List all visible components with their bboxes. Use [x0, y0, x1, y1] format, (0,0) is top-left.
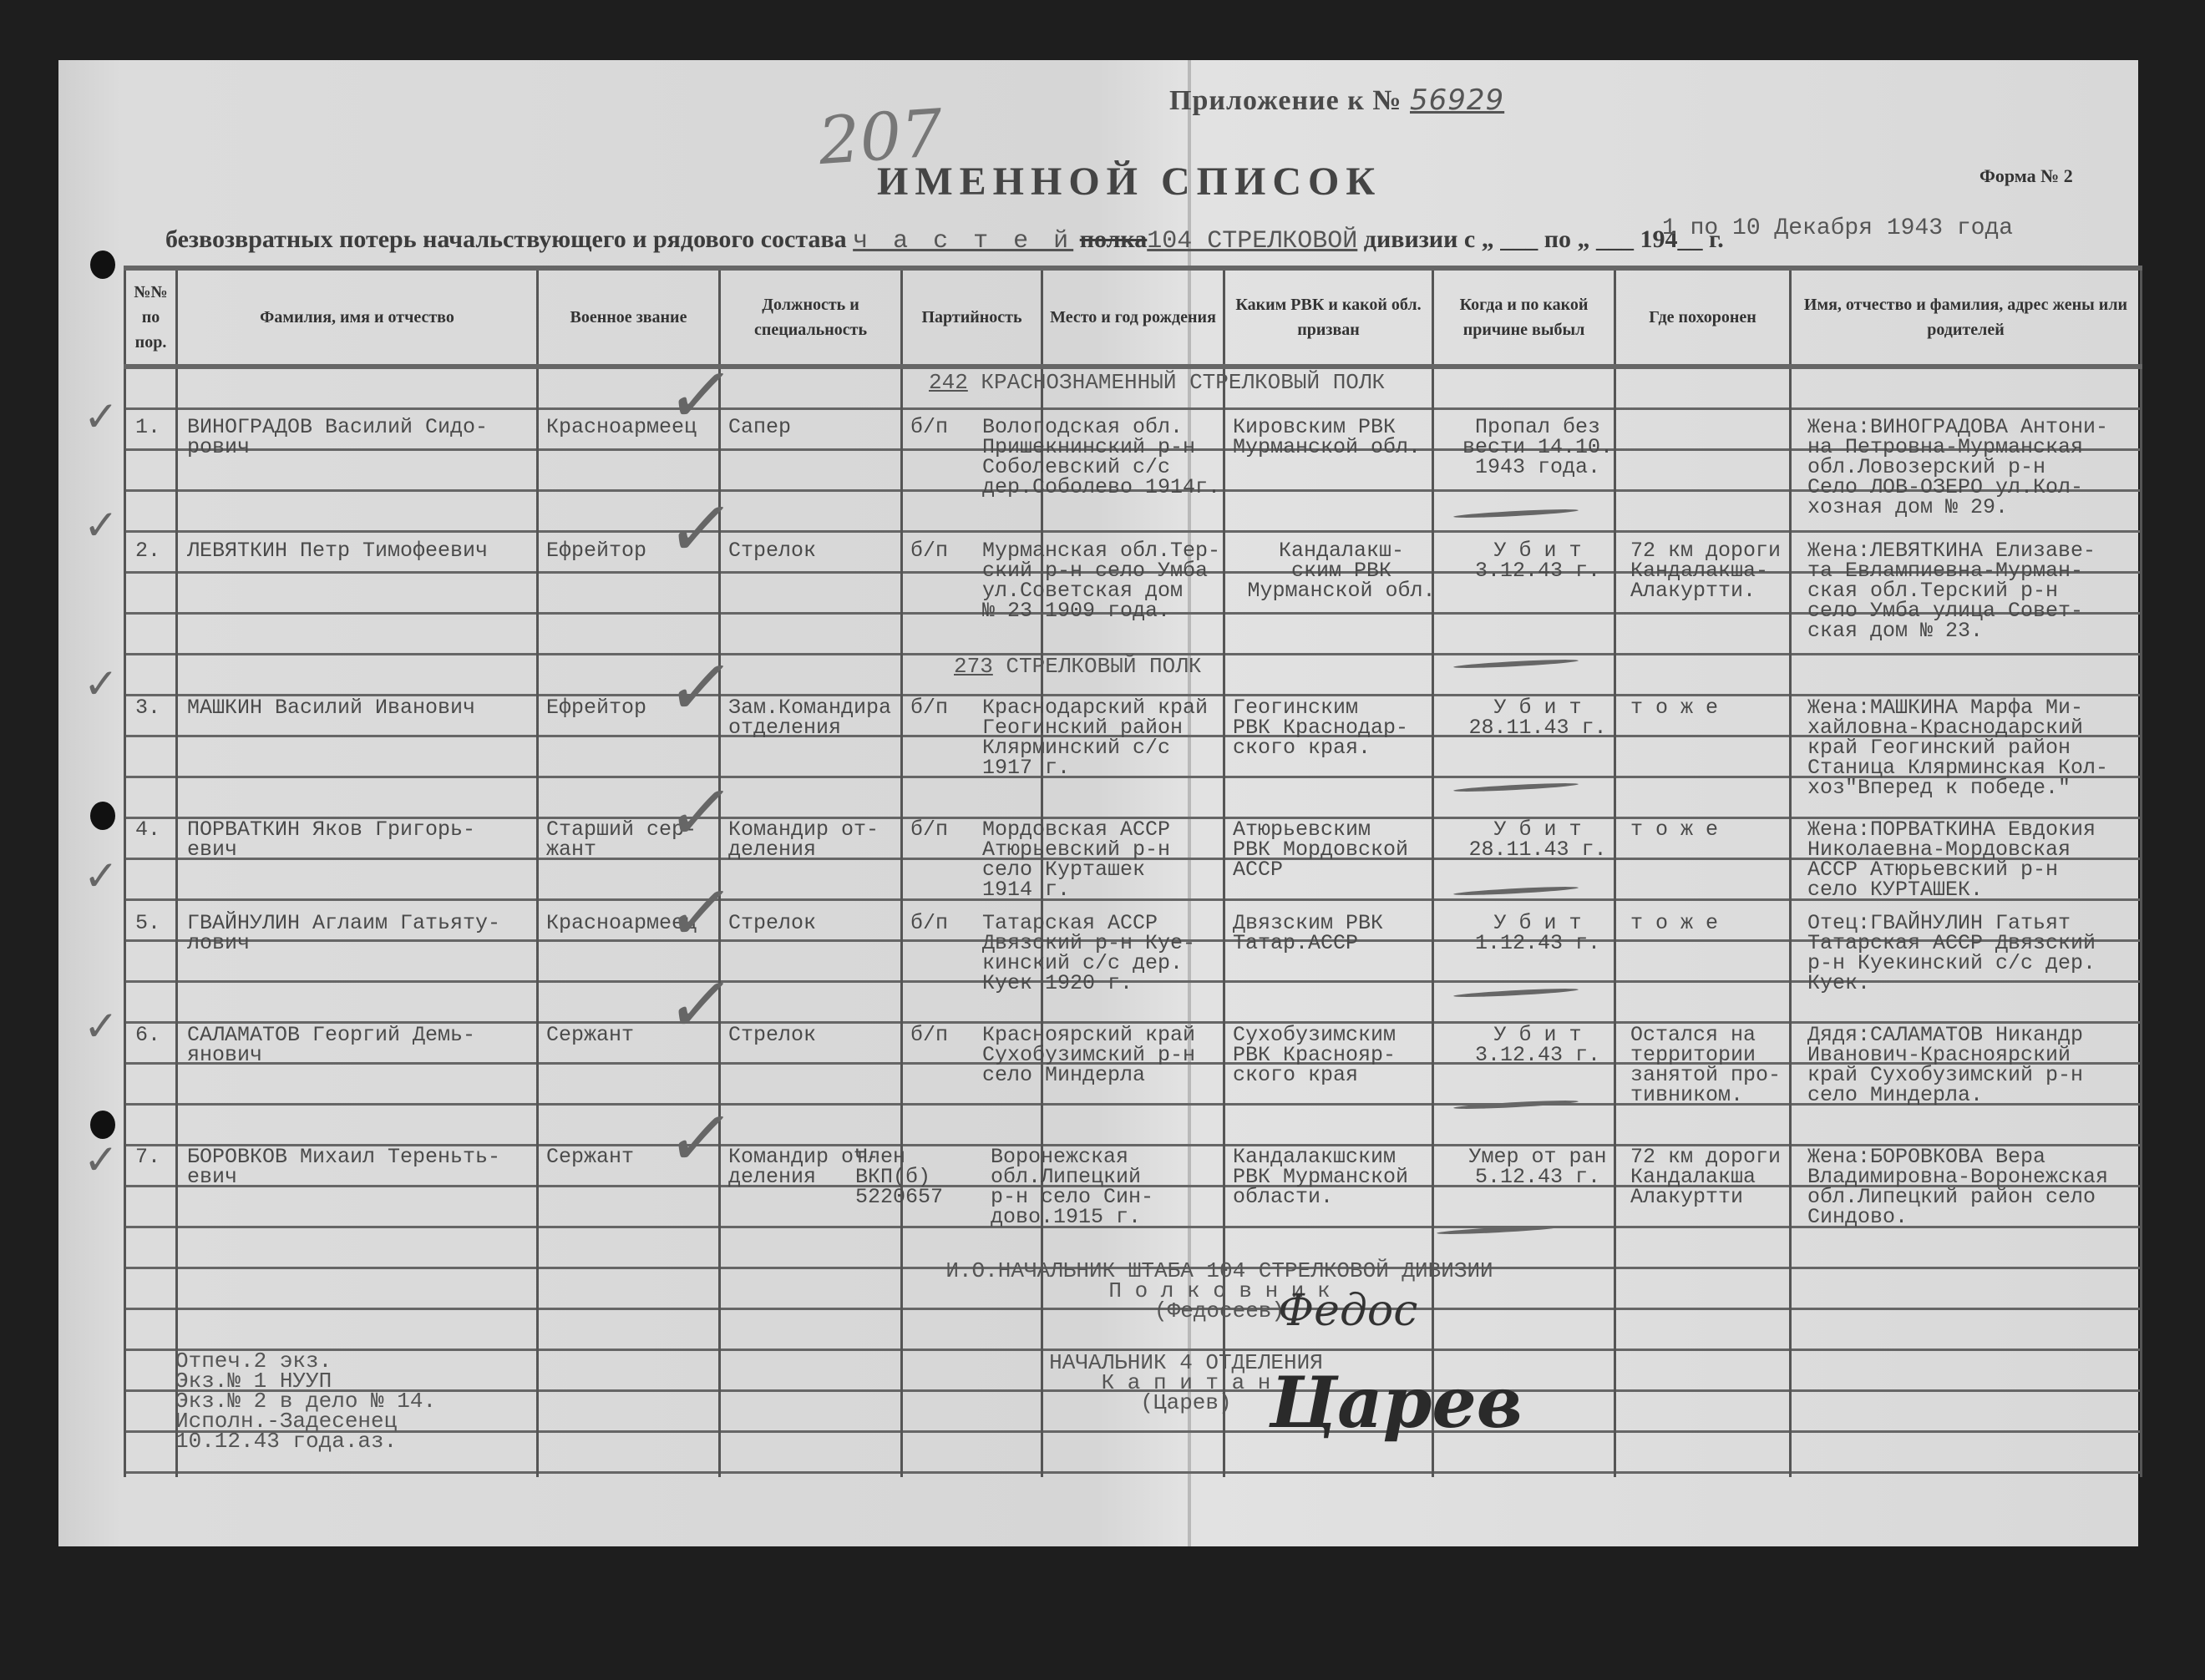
row-relative: Отец:ГВАЙНУЛИН Гатьят Татарская АССР Двя… [1802, 873, 2180, 994]
row-when-why: Пропал без вести 14.10. 1943 года. [1443, 377, 1632, 478]
row-birth: Татарская АССР Двязский р-н Куе- кинский… [977, 873, 1263, 994]
punch-hole [90, 1111, 115, 1139]
row-number: 5. [130, 873, 182, 934]
margin-check-icon: ✓ [84, 852, 119, 900]
subtitle-date-typed: 1 по 10 Декабря 1943 года [1662, 215, 2013, 241]
document-subtitle: безвозвратных потерь начальствующего и р… [165, 225, 1724, 256]
row-birth: Вологодская обл. Пришекнинский р-н Собол… [977, 377, 1263, 498]
row-number: 4. [130, 780, 182, 840]
appendix-label-text: Приложение к № [1169, 85, 1402, 116]
row-name: ПОРВАТКИН Яков Григорь- евич [182, 780, 543, 860]
row-number: 1. [130, 377, 182, 438]
row-name: ГВАЙНУЛИН Аглаим Гатьяту- лович [182, 873, 543, 954]
header-when-why: Когда и по какой причине выбыл [1433, 268, 1615, 367]
row-position: Стрелок [723, 873, 912, 934]
section-chief-signature: Царев [1270, 1361, 1523, 1444]
row-number: 6. [130, 985, 182, 1045]
subtitle-struck-word: полка [1080, 225, 1148, 253]
subtitle-division: 104 СТРЕЛКОВОЙ [1147, 227, 1357, 256]
document-title: ИМЕННОЙ СПИСОК [877, 159, 1381, 205]
punch-hole [90, 250, 115, 279]
row-rvk: Кандалакшским РВК Мурманской области. [1228, 1107, 1455, 1207]
row-name: ВИНОГРАДОВ Василий Сидо- рович [182, 377, 543, 458]
appendix-label: Приложение к № 56929 [1169, 83, 1504, 117]
chief-of-staff-signature: Федос [1278, 1286, 1417, 1336]
row-buried: 72 км дороги Кандалакша- Алакуртти. [1625, 501, 1814, 601]
row-name: ЛЕВЯТКИН Петр Тимофеевич [182, 501, 543, 561]
row-when-why: У б и т 28.11.43 г. [1443, 780, 1632, 860]
row-birth: Мурманская обл.Тер- ский р-н село Умба у… [977, 501, 1263, 621]
margin-check-icon: ✓ [84, 1136, 119, 1184]
row-name: САЛАМАТОВ Георгий Демь- янович [182, 985, 543, 1065]
header-party: Партийность [902, 268, 1042, 367]
row-position: Стрелок [723, 985, 912, 1045]
row-birth: Краснодарский край Геогинский район Кляр… [977, 658, 1263, 778]
row-party: Член ВКП(б) 5220657 [850, 1107, 997, 1207]
row-position: Зам.Командира отделения [723, 658, 912, 738]
row-position: Командир от- деления [723, 780, 912, 860]
row-buried: т о ж е [1625, 873, 1814, 934]
row-relative: Жена:ЛЕВЯТКИНА Елизаве- та Евлампиевна-М… [1802, 501, 2180, 641]
row-name: МАШКИН Василий Иванович [182, 658, 543, 718]
row-relative: Жена:БОРОВКОВА Вера Владимировна-Воронеж… [1802, 1107, 2180, 1227]
margin-check-icon: ✓ [84, 501, 119, 549]
table-header-row: №№ по пор. Фамилия, имя и отчество Военн… [125, 268, 2142, 367]
row-number: 3. [130, 658, 182, 718]
row-buried [1625, 377, 1814, 417]
header-buried: Где похоронен [1615, 268, 1791, 367]
row-relative: Жена:ВИНОГРАДОВА Антони- на Петровна-Мур… [1802, 377, 2180, 518]
distribution-footnote: Отпеч.2 экз. Экз.№ 1 НУУП Экз.№ 2 в дело… [175, 1351, 436, 1451]
row-buried: Остался на территории занятой про- тивни… [1625, 985, 1814, 1106]
row-when-why: У б и т 3.12.43 г. [1443, 985, 1632, 1065]
margin-check-icon: ✓ [84, 660, 119, 708]
row-when-why: Умер от ран 5.12.43 г. [1443, 1107, 1632, 1187]
row-when-why: У б и т 1.12.43 г. [1443, 873, 1632, 954]
row-birth: Воронежская обл.Липецкий р-н село Син- д… [986, 1107, 1255, 1227]
chief-of-staff-block: И.О.НАЧАЛЬНИК ШТАБА 104 СТРЕЛКОВОЙ ДИВИЗ… [902, 1261, 1537, 1321]
form-number: Форма № 2 [1979, 165, 2073, 187]
row-when-why: У б и т 28.11.43 г. [1443, 658, 1632, 738]
subtitle-division-printed: дивизии с [1364, 225, 1475, 253]
header-position: Должность и специальность [720, 268, 902, 367]
header-relative: Имя, отчество и фамилия, адрес жены или … [1791, 268, 2142, 367]
row-relative: Жена:МАШКИНА Марфа Ми- хайловна-Краснода… [1802, 658, 2180, 798]
row-rvk: Кандалакш- ским РВК Мурманской обл. [1228, 501, 1455, 601]
header-birth: Место и год рождения [1042, 268, 1224, 367]
row-buried: т о ж е [1625, 658, 1814, 718]
punch-hole [90, 802, 115, 830]
subtitle-unit: ч а с т е й [853, 227, 1073, 256]
row-position: Сапер [723, 377, 912, 438]
row-position: Стрелок [723, 501, 912, 561]
row-rvk: Кировским РВК Мурманской обл. [1228, 377, 1455, 458]
row-number: 7. [130, 1107, 182, 1167]
row-rvk: Атюрьевским РВК Мордовской АССР [1228, 780, 1455, 880]
row-buried: т о ж е [1625, 780, 1814, 840]
margin-check-icon: ✓ [84, 392, 119, 441]
row-name: БОРОВКОВ Михаил Тереньть- евич [182, 1107, 543, 1187]
row-rvk: Сухобузимским РВК Краснояр- ского края [1228, 985, 1455, 1085]
margin-check-icon: ✓ [84, 1002, 119, 1050]
row-number: 2. [130, 501, 182, 561]
row-rvk: Геогинским РВК Краснодар- ского края. [1228, 658, 1455, 758]
header-name: Фамилия, имя и отчество [177, 268, 538, 367]
appendix-number: 56929 [1410, 83, 1504, 117]
header-number: №№ по пор. [125, 268, 177, 367]
subtitle-printed: безвозвратных потерь начальствующего и р… [165, 225, 847, 253]
row-birth: Красноярский край Сухобузимский р-н село… [977, 985, 1263, 1085]
row-relative: Дядя:САЛАМАТОВ Никандр Иванович-Краснояр… [1802, 985, 2180, 1106]
row-buried: 72 км дороги Кандалакша Алакуртти [1625, 1107, 1814, 1207]
header-rvk: Каким РВК и какой обл. призван [1224, 268, 1433, 367]
row-rvk: Двязским РВК Татар.АССР [1228, 873, 1455, 954]
